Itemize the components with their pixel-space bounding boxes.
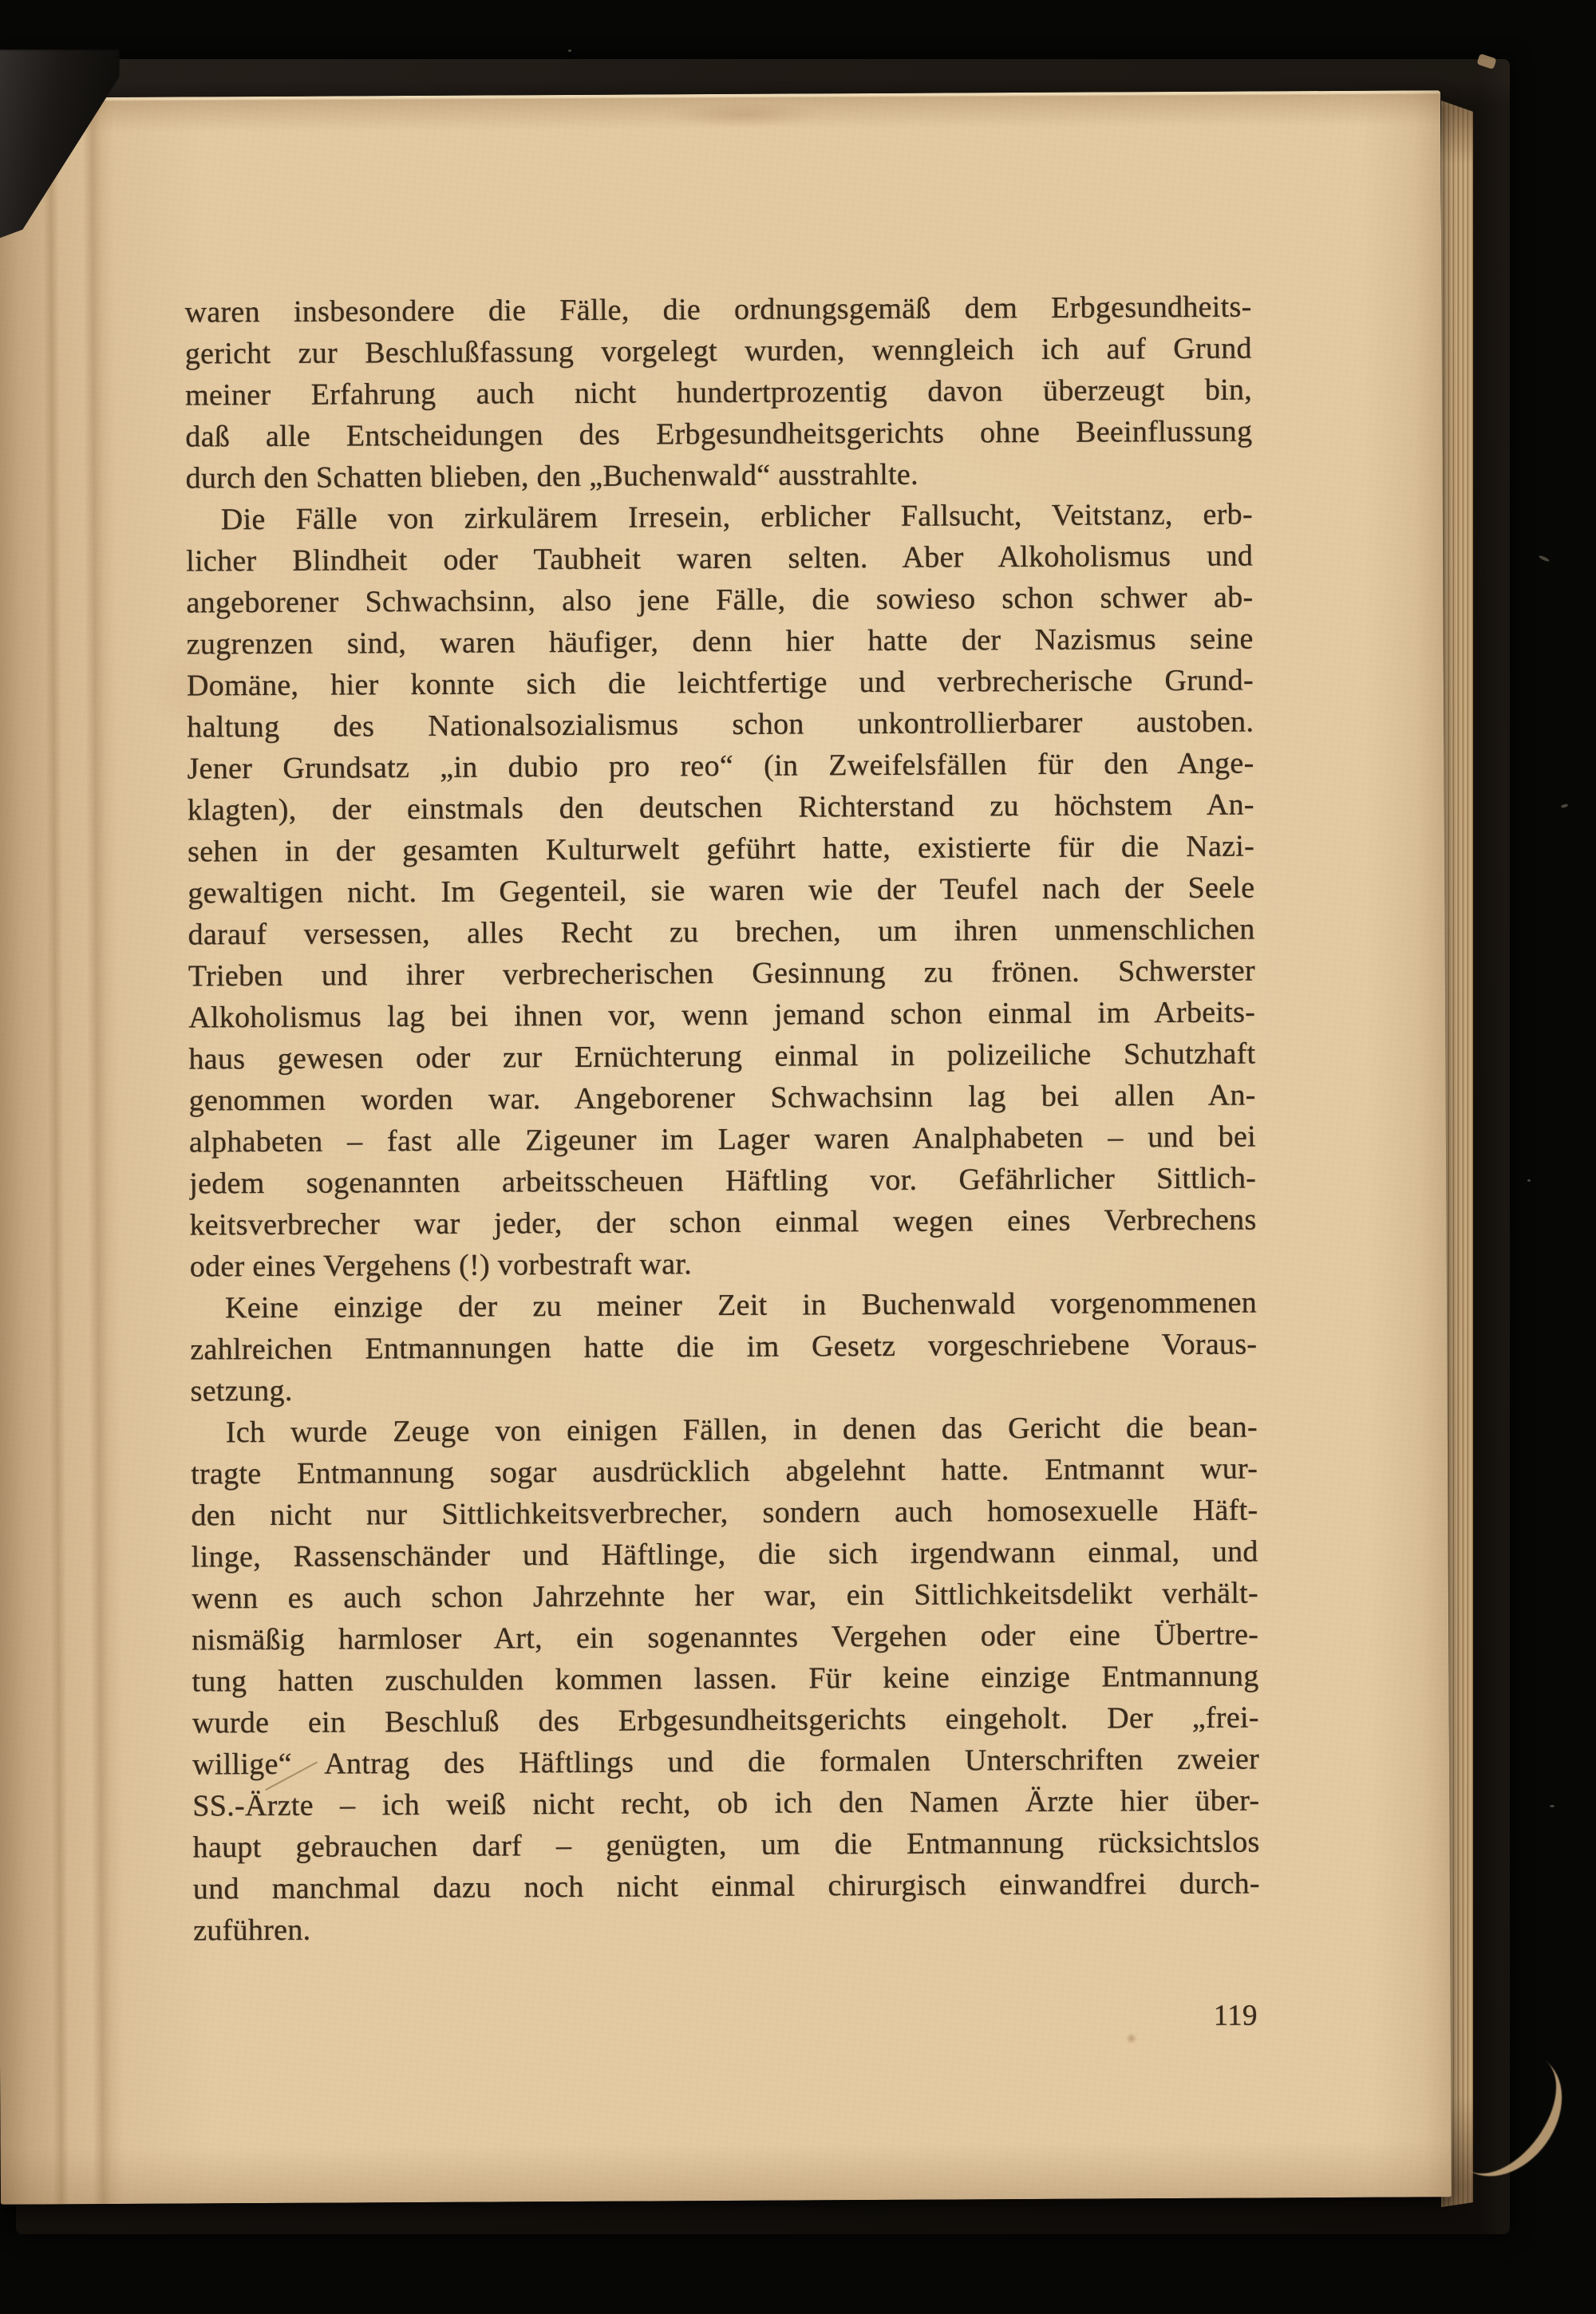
text-line: Alkoholismus lag bei ihnen vor, wenn jem… (188, 991, 1255, 1038)
book-page: waren insbesondere die Fälle, die ordnun… (0, 90, 1452, 2204)
text-line: oder eines Vergehens (!) vorbestraft war… (190, 1240, 1257, 1287)
page-text-block: waren insbesondere die Fälle, die ordnun… (184, 286, 1260, 2043)
page-number: 119 (194, 1995, 1261, 2042)
text-line: Keine einzige der zu meiner Zeit in Buch… (190, 1281, 1257, 1329)
text-line: jedem sogenannten arbeitsscheuen Häftlin… (189, 1157, 1256, 1204)
text-line: meiner Erfahrung auch nicht hundertproze… (185, 369, 1252, 417)
photo-background: waren insbesondere die Fälle, die ordnun… (0, 0, 1596, 2314)
text-line: waren insbesondere die Fälle, die ordnun… (184, 286, 1251, 334)
text-line: tung hatten zuschulden kommen lassen. Fü… (192, 1655, 1258, 1702)
text-line: und manchmal dazu noch nicht einmal chir… (193, 1862, 1260, 1909)
text-line: haltung des Nationalsozialismus schon un… (187, 701, 1254, 748)
text-line: Domäne, hier konnte sich die leichtferti… (187, 659, 1254, 706)
text-line: klagten), der einstmals den deutschen Ri… (188, 784, 1254, 831)
text-line: durch den Schatten blieben, den „Buchenw… (185, 452, 1252, 499)
text-line: wenn es auch schon Jahrzehnte her war, e… (192, 1572, 1258, 1619)
text-line: gericht zur Beschlußfassung vorgelegt wu… (185, 328, 1252, 375)
text-line: tragte Entmannung sogar ausdrücklich abg… (191, 1447, 1258, 1495)
text-line: zugrenzen sind, waren häufiger, denn hie… (187, 618, 1254, 665)
text-line: darauf versessen, alles Recht zu brechen… (188, 908, 1254, 955)
text-line: zuführen. (193, 1904, 1260, 1951)
text-line: setzung. (190, 1364, 1257, 1412)
text-line: gewaltigen nicht. Im Gegenteil, sie ware… (188, 867, 1254, 914)
text-line: licher Blindheit oder Taubheit waren sel… (186, 535, 1253, 582)
text-line: den nicht nur Sittlichkeitsverbrecher, s… (191, 1489, 1258, 1536)
text-line: angeborener Schwachsinn, also jene Fälle… (186, 576, 1253, 623)
text-line: linge, Rassenschänder und Häftlinge, die… (192, 1530, 1258, 1578)
text-line: keitsverbrecher war jeder, der schon ein… (189, 1198, 1256, 1246)
text-line: wurde ein Beschluß des Erbgesundheitsger… (192, 1696, 1259, 1743)
text-line: Jener Grundsatz „in dubio pro reo“ (in Z… (187, 742, 1254, 789)
text-line: sehen in der gesamten Kulturwelt geführt… (188, 825, 1254, 872)
text-line: haus gewesen oder zur Ernüchterung einma… (188, 1033, 1255, 1080)
text-line: alphabeten – fast alle Zigeuner im Lager… (189, 1116, 1256, 1163)
text-line: Die Fälle von zirkulärem Irresein, erbli… (186, 493, 1253, 540)
text-line: SS.-Ärzte – ich weiß nicht recht, ob ich… (192, 1779, 1259, 1826)
dust-speck (1550, 1805, 1555, 1807)
dust-speck (1539, 555, 1550, 563)
text-line: zahlreichen Entmannungen hatte die im Ge… (190, 1323, 1257, 1370)
text-line: haupt gebrauchen darf – genügten, um die… (192, 1821, 1259, 1868)
text-line: Trieben und ihrer verbrecherischen Gesin… (188, 950, 1255, 997)
dust-speck (568, 49, 571, 52)
text-line: Ich wurde Zeuge von einigen Fällen, in d… (191, 1406, 1258, 1453)
text-line: genommen worden war. Angeborener Schwach… (189, 1074, 1256, 1121)
text-line: daß alle Entscheidungen des Erbgesundhei… (185, 410, 1252, 457)
text-line: willige“ Antrag des Häftlings und die fo… (192, 1738, 1259, 1785)
dust-speck (1561, 804, 1569, 808)
text-line: nismäßig harmloser Art, ein sogenanntes … (192, 1613, 1258, 1660)
dust-speck (1527, 1179, 1531, 1182)
